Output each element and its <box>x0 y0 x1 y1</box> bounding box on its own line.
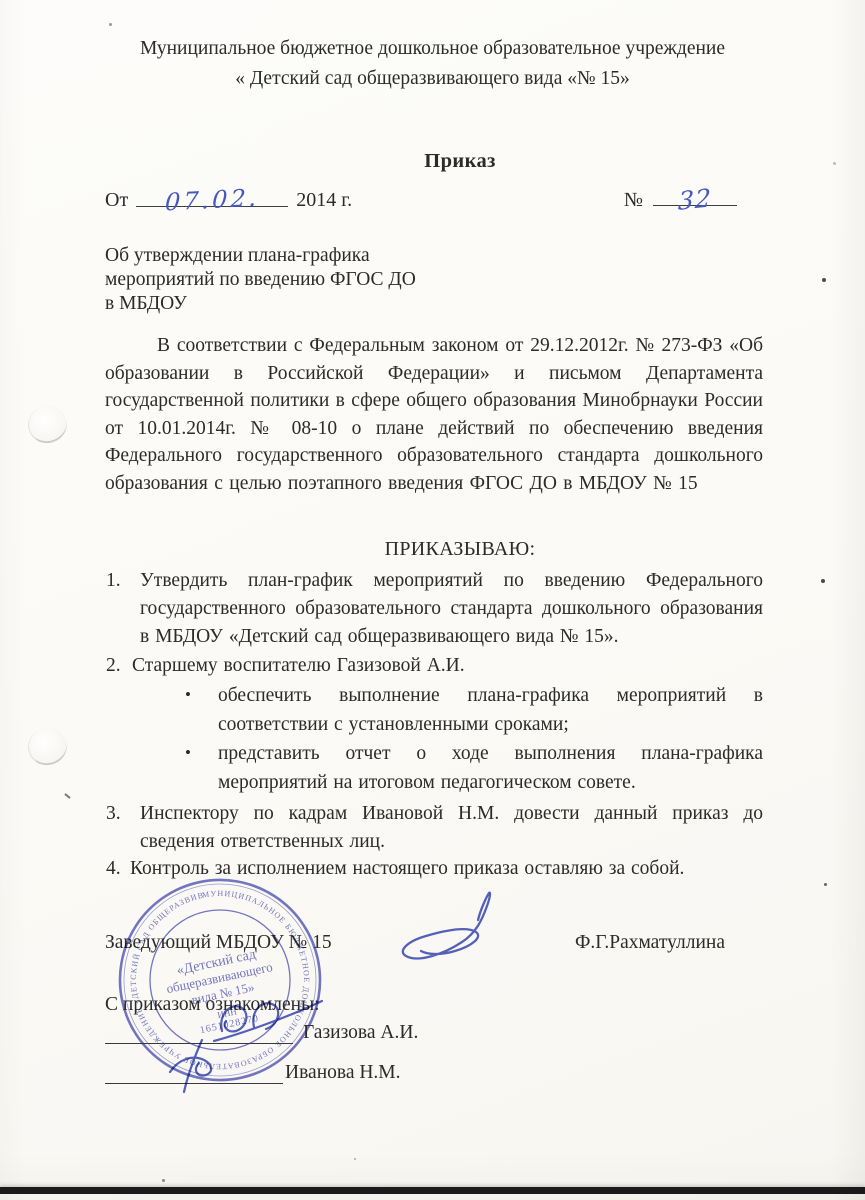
date-underline: 07.02. <box>136 184 288 207</box>
scanned-order-page: Муниципальное бюджетное дошкольное образ… <box>0 0 865 1200</box>
order-item-2: 2. Старшему воспитателю Газизовой А.И. <box>105 652 763 680</box>
bullet-1-text: обеспечить выполнение плана-графика меро… <box>218 682 763 739</box>
scan-speck <box>109 23 112 26</box>
date-prefix: От <box>105 189 128 211</box>
header-line-2: « Детский сад общеразвивающего вида «№ 1… <box>0 64 865 94</box>
scan-speck <box>824 883 827 886</box>
resolve-heading: ПРИКАЗЫВАЮ: <box>130 538 790 561</box>
order-body-paragraph: В соответствии с Федеральным законом от … <box>105 332 763 498</box>
item-1-text: Утвердить план-график мероприятий по вве… <box>140 567 763 651</box>
scan-speck <box>64 793 71 799</box>
handwritten-date: 07.02. <box>164 183 260 216</box>
item-1-number: 1. <box>106 567 121 595</box>
order-item-3: 3. Инспектору по кадрам Ивановой Н.М. до… <box>105 800 763 856</box>
scan-speck <box>822 278 826 282</box>
number-group: №32 <box>624 183 737 212</box>
subject-line-1: Об утверждении плана-графика <box>105 244 525 268</box>
date-suffix: 2014 г. <box>296 189 352 211</box>
signer-2-signature-ink <box>158 1034 253 1096</box>
item-2-number: 2. <box>106 652 121 680</box>
bullet-2-text: представить отчет о ходе выполнения план… <box>218 740 763 797</box>
sub-bullet-1: • обеспечить выполнение плана-графика ме… <box>185 682 763 739</box>
sub-bullet-2: • представить отчет о ходе выполнения пл… <box>185 740 763 797</box>
number-underline: 32 <box>653 183 737 206</box>
item-3-text: Инспектору по кадрам Ивановой Н.М. довес… <box>140 800 763 856</box>
header-line-1: Муниципальное бюджетное дошкольное образ… <box>0 34 865 64</box>
scan-speck <box>821 579 825 583</box>
scan-speck <box>162 1179 165 1182</box>
order-item-1: 1. Утвердить план-график мероприятий по … <box>105 567 763 651</box>
subject-line-3: в МБДОУ <box>105 292 525 316</box>
punch-hole-mark <box>23 723 72 770</box>
document-title: Приказ <box>130 150 790 173</box>
date-number-row: От07.02.2014 г. №32 <box>105 183 737 212</box>
scanner-edge-bar <box>0 1187 865 1194</box>
order-subject: Об утверждении плана-графика мероприятий… <box>105 244 525 316</box>
punch-hole-mark <box>23 401 72 448</box>
item-2-text: Старшему воспитателю Газизовой А.И. <box>132 652 763 680</box>
bullet-dot-icon: • <box>185 681 191 710</box>
scan-speck <box>354 1158 356 1160</box>
date-group: От07.02.2014 г. <box>105 184 352 212</box>
item-3-number: 3. <box>106 800 121 828</box>
subject-line-2: мероприятий по введению ФГОС ДО <box>105 268 525 292</box>
number-prefix: № <box>624 189 643 211</box>
director-signature-ink <box>392 886 512 981</box>
signatory-name: Ф.Г.Рахматуллина <box>575 932 725 954</box>
scan-speck <box>833 162 836 165</box>
bullet-dot-icon: • <box>185 739 191 768</box>
document-header: Муниципальное бюджетное дошкольное образ… <box>0 34 865 94</box>
signer-2-name: Иванова Н.М. <box>285 1062 401 1084</box>
handwritten-number: 32 <box>678 183 713 216</box>
